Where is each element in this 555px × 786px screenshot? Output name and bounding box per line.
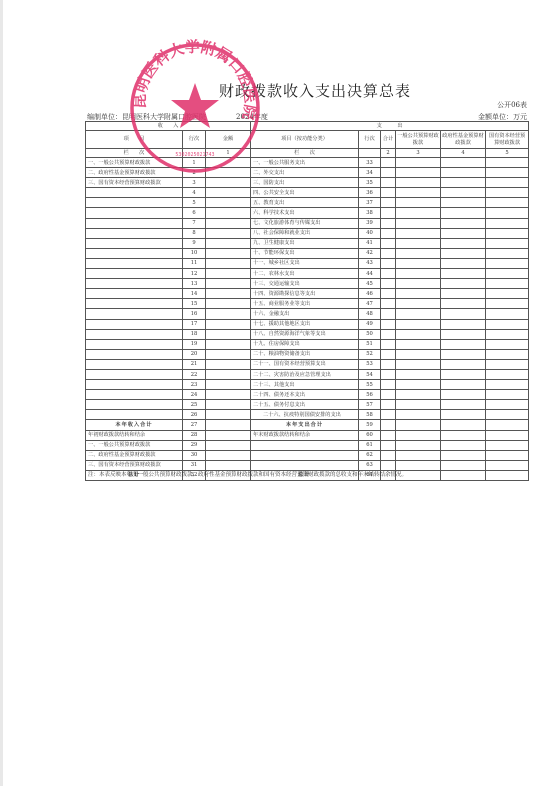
expense-item: 十、节能环保支出 (251, 248, 359, 258)
expense-item: 十六、金融支出 (251, 309, 359, 319)
table-row: 16十六、金融支出48 (86, 309, 529, 319)
table-row: 15十五、商业服务业等支出47 (86, 299, 529, 309)
expense-amount (396, 319, 441, 329)
expense-amount (396, 269, 441, 279)
expense-amount (396, 248, 441, 258)
expense-row-number: 48 (359, 309, 381, 319)
column-index-empty (359, 149, 381, 158)
expense-item: 二、外交支出 (251, 168, 359, 178)
income-amount (206, 299, 251, 309)
expense-amount (381, 390, 396, 400)
expense-row-number: 41 (359, 238, 381, 248)
table-row: 三、国有资本经营预算财政拨款3三、国防支出35 (86, 178, 529, 188)
expense-amount (396, 188, 441, 198)
income-row-number: 19 (183, 339, 206, 349)
expense-row-number: 45 (359, 279, 381, 289)
income-item (86, 248, 183, 258)
expense-amount (486, 440, 529, 450)
income-amount (206, 450, 251, 460)
income-item: 二、政府性基金预算财政拨款 (86, 168, 183, 178)
table-row: 17十七、援助其他地区支出49 (86, 319, 529, 329)
income-row-number: 4 (183, 188, 206, 198)
expense-amount (396, 228, 441, 238)
expense-summary-item (251, 440, 359, 450)
expense-row-number: 43 (359, 258, 381, 268)
page-edge (0, 0, 3, 786)
table-row: 14十四、资源勘探信息等支出46 (86, 289, 529, 299)
expense-amount (486, 359, 529, 369)
expense-amount (381, 289, 396, 299)
income-item (86, 309, 183, 319)
expense-amount (486, 410, 529, 420)
expense-amount (396, 309, 441, 319)
footnote: 注：本表反映本年度一般公共预算财政拨款、政府性基金预算财政拨款和国有资本经营预算… (88, 470, 407, 478)
table-row: 8八、社会保障和就业支出40 (86, 228, 529, 238)
expense-amount (486, 470, 529, 480)
expense-amount (381, 410, 396, 420)
expense-item: 十九、住房保障支出 (251, 339, 359, 349)
expense-amount (441, 460, 486, 470)
income-amount (206, 198, 251, 208)
col-total: 合计 (381, 131, 396, 149)
expense-amount (396, 279, 441, 289)
expense-header: 支 出 (251, 122, 529, 131)
expense-amount (441, 390, 486, 400)
expense-amount (396, 178, 441, 188)
expense-item: 十八、自然资源海洋气象等支出 (251, 329, 359, 339)
expense-amount (396, 410, 441, 420)
expense-amount (381, 339, 396, 349)
income-amount (206, 349, 251, 359)
expense-amount (441, 208, 486, 218)
expense-row-number: 58 (359, 410, 381, 420)
income-row-number: 5 (183, 198, 206, 208)
income-amount (206, 339, 251, 349)
column-index-1: 1 (206, 149, 251, 158)
income-row-number: 22 (183, 369, 206, 379)
income-amount (206, 369, 251, 379)
expense-row-number: 54 (359, 369, 381, 379)
expense-item: 六、科学技术支出 (251, 208, 359, 218)
table-row: 25二十五、债务付息支出57 (86, 400, 529, 410)
expense-amount (441, 309, 486, 319)
expense-summary-item: 本年支出合计 (251, 420, 359, 430)
income-amount (206, 420, 251, 430)
expense-amount (486, 218, 529, 228)
expense-amount (486, 430, 529, 440)
expense-summary-item (251, 460, 359, 470)
column-index-4: 4 (441, 149, 486, 158)
table-row: 18十八、自然资源海洋气象等支出50 (86, 329, 529, 339)
expense-amount (381, 279, 396, 289)
expense-row-number: 63 (359, 460, 381, 470)
expense-amount (396, 440, 441, 450)
table-row: 9九、卫生健康支出41 (86, 238, 529, 248)
expense-amount (441, 158, 486, 168)
income-row-number: 12 (183, 269, 206, 279)
expense-item: 五、教育支出 (251, 198, 359, 208)
expense-amount (486, 420, 529, 430)
column-index-empty (183, 149, 206, 158)
fiscal-table: 收 入 支 出 项 目 行次 金额 项目（按功能分类） 行次 合计 一般公共预算… (85, 121, 529, 481)
income-row-number: 18 (183, 329, 206, 339)
expense-item: 八、社会保障和就业支出 (251, 228, 359, 238)
income-row-number: 13 (183, 279, 206, 289)
income-row-number: 26 (183, 410, 206, 420)
expense-row-number: 50 (359, 329, 381, 339)
expense-amount (486, 309, 529, 319)
expense-amount (441, 218, 486, 228)
income-amount (206, 178, 251, 188)
table-row: 7七、文化旅游体育与传媒支出39 (86, 218, 529, 228)
expense-row-number: 38 (359, 208, 381, 218)
income-item (86, 218, 183, 228)
expense-item: 二十二、灾害防治及应急管理支出 (251, 369, 359, 379)
income-amount (206, 440, 251, 450)
income-amount (206, 390, 251, 400)
income-amount (206, 400, 251, 410)
table-row: 6六、科学技术支出38 (86, 208, 529, 218)
income-summary-item: 二、政府性基金预算财政拨款 (86, 450, 183, 460)
expense-amount (396, 238, 441, 248)
expense-amount (441, 238, 486, 248)
income-row-number: 1 (183, 158, 206, 168)
col-expense-row: 行次 (359, 131, 381, 149)
expense-amount (441, 299, 486, 309)
income-amount (206, 309, 251, 319)
expense-amount (441, 359, 486, 369)
expense-row-number: 37 (359, 198, 381, 208)
expense-row-number: 59 (359, 420, 381, 430)
table-row: 19十九、住房保障支出51 (86, 339, 529, 349)
expense-amount (396, 198, 441, 208)
expense-amount (486, 248, 529, 258)
expense-amount (441, 410, 486, 420)
expense-amount (441, 349, 486, 359)
expense-amount (486, 299, 529, 309)
expense-amount (441, 369, 486, 379)
income-amount (206, 238, 251, 248)
table-row: 一、一般公共预算财政拨款1一、一般公共服务支出33 (86, 158, 529, 168)
expense-amount (396, 359, 441, 369)
summary-row: 一、一般公共预算财政拨款2961 (86, 440, 529, 450)
expense-amount (381, 238, 396, 248)
col-income-item: 项 目 (86, 131, 183, 149)
expense-row-number: 60 (359, 430, 381, 440)
expense-row-number: 47 (359, 299, 381, 309)
expense-row-number: 49 (359, 319, 381, 329)
org-name: 昆明医科大学附属口腔医院 (122, 113, 206, 121)
summary-row: 二、政府性基金预算财政拨款3062 (86, 450, 529, 460)
expense-row-number: 42 (359, 248, 381, 258)
expense-amount (486, 198, 529, 208)
income-row-number: 16 (183, 309, 206, 319)
expense-amount (381, 309, 396, 319)
income-item (86, 208, 183, 218)
income-row-number: 28 (183, 430, 206, 440)
income-row-number: 30 (183, 450, 206, 460)
expense-amount (486, 369, 529, 379)
expense-amount (396, 420, 441, 430)
expense-amount (486, 258, 529, 268)
expense-amount (441, 188, 486, 198)
expense-row-number: 33 (359, 158, 381, 168)
expense-row-number: 40 (359, 228, 381, 238)
expense-amount (381, 319, 396, 329)
expense-amount (486, 450, 529, 460)
expense-row-number: 34 (359, 168, 381, 178)
income-row-number: 24 (183, 390, 206, 400)
expense-row-number: 57 (359, 400, 381, 410)
expense-item: 七、文化旅游体育与传媒支出 (251, 218, 359, 228)
income-amount (206, 410, 251, 420)
income-amount (206, 168, 251, 178)
income-item (86, 228, 183, 238)
table-row: 10十、节能环保支出42 (86, 248, 529, 258)
expense-item: 二十六、抗疫特别国债安排的支出 (251, 410, 359, 420)
summary-row: 三、国有资本经营预算财政拨款3163 (86, 460, 529, 470)
income-item: 三、国有资本经营预算财政拨款 (86, 178, 183, 188)
expense-row-number: 36 (359, 188, 381, 198)
expense-amount (396, 158, 441, 168)
table-row: 23二十三、其他支出55 (86, 380, 529, 390)
expense-amount (441, 450, 486, 460)
income-header: 收 入 (86, 122, 251, 131)
expense-amount (486, 390, 529, 400)
table-row: 二、政府性基金预算财政拨款2二、外交支出34 (86, 168, 529, 178)
income-item (86, 339, 183, 349)
income-row-number: 3 (183, 178, 206, 188)
income-item: 一、一般公共预算财政拨款 (86, 158, 183, 168)
col-income-amount: 金额 (206, 131, 251, 149)
expense-amount (441, 400, 486, 410)
income-row-number: 17 (183, 319, 206, 329)
expense-amount (381, 158, 396, 168)
expense-amount (441, 269, 486, 279)
table-row: 11十一、城乡社区支出43 (86, 258, 529, 268)
expense-item: 十七、援助其他地区支出 (251, 319, 359, 329)
expense-amount (381, 299, 396, 309)
income-summary-item: 三、国有资本经营预算财政拨款 (86, 460, 183, 470)
expense-row-number: 46 (359, 289, 381, 299)
expense-row-number: 61 (359, 440, 381, 450)
expense-amount (486, 208, 529, 218)
expense-amount (396, 168, 441, 178)
expense-amount (486, 238, 529, 248)
column-index-label-left: 栏 次 (86, 149, 183, 158)
expense-amount (381, 400, 396, 410)
expense-amount (486, 319, 529, 329)
table-row: 21二十一、国有资本经营预算支出53 (86, 359, 529, 369)
expense-amount (381, 228, 396, 238)
expense-row-number: 56 (359, 390, 381, 400)
expense-amount (441, 279, 486, 289)
income-row-number: 31 (183, 460, 206, 470)
expense-amount (441, 319, 486, 329)
expense-amount (441, 258, 486, 268)
expense-amount (396, 430, 441, 440)
expense-amount (381, 369, 396, 379)
income-row-number: 27 (183, 420, 206, 430)
table-row: 22二十二、灾害防治及应急管理支出54 (86, 369, 529, 379)
expense-amount (381, 380, 396, 390)
expense-item: 二十五、债务付息支出 (251, 400, 359, 410)
expense-item: 二十、粮油物资储备支出 (251, 349, 359, 359)
expense-amount (396, 390, 441, 400)
table-row: 26二十六、抗疫特别国债安排的支出58 (86, 410, 529, 420)
expense-amount (441, 420, 486, 430)
expense-amount (396, 380, 441, 390)
income-row-number: 7 (183, 218, 206, 228)
income-row-number: 11 (183, 258, 206, 268)
expense-amount (396, 218, 441, 228)
income-item (86, 188, 183, 198)
income-row-number: 9 (183, 238, 206, 248)
expense-amount (486, 228, 529, 238)
income-item (86, 198, 183, 208)
table-row: 13十三、交通运输支出45 (86, 279, 529, 289)
expense-amount (486, 460, 529, 470)
income-item (86, 319, 183, 329)
expense-row-number: 35 (359, 178, 381, 188)
income-amount (206, 208, 251, 218)
expense-amount (381, 248, 396, 258)
income-item (86, 299, 183, 309)
expense-amount (396, 339, 441, 349)
expense-item: 十五、商业服务业等支出 (251, 299, 359, 309)
income-amount (206, 188, 251, 198)
expense-summary-item (251, 450, 359, 460)
expense-amount (441, 289, 486, 299)
expense-amount (441, 440, 486, 450)
expense-amount (381, 450, 396, 460)
expense-row-number: 55 (359, 380, 381, 390)
income-item (86, 410, 183, 420)
income-amount (206, 248, 251, 258)
expense-amount (441, 430, 486, 440)
income-row-number: 10 (183, 248, 206, 258)
table-row: 4四、公共安全支出36 (86, 188, 529, 198)
expense-item: 十一、城乡社区支出 (251, 258, 359, 268)
income-amount (206, 329, 251, 339)
expense-row-number: 39 (359, 218, 381, 228)
expense-item: 二十一、国有资本经营预算支出 (251, 359, 359, 369)
column-index-3: 3 (396, 149, 441, 158)
income-item (86, 279, 183, 289)
income-amount (206, 158, 251, 168)
expense-amount (396, 369, 441, 379)
expense-amount (381, 329, 396, 339)
income-row-number: 20 (183, 349, 206, 359)
expense-amount (486, 279, 529, 289)
expense-row-number: 44 (359, 269, 381, 279)
col-general-budget: 一般公共预算财政拨款 (396, 131, 441, 149)
expense-item: 三、国防支出 (251, 178, 359, 188)
income-row-number: 15 (183, 299, 206, 309)
expense-amount (396, 289, 441, 299)
expense-item: 十四、资源勘探信息等支出 (251, 289, 359, 299)
income-row-number: 14 (183, 289, 206, 299)
expense-item: 九、卫生健康支出 (251, 238, 359, 248)
expense-amount (486, 188, 529, 198)
expense-amount (396, 450, 441, 460)
expense-amount (396, 258, 441, 268)
expense-summary-item: 年末财政拨款结转和结余 (251, 430, 359, 440)
expense-amount (396, 400, 441, 410)
expense-amount (381, 208, 396, 218)
income-amount (206, 269, 251, 279)
expense-amount (381, 269, 396, 279)
table-row: 24二十四、债务还本支出56 (86, 390, 529, 400)
income-item (86, 238, 183, 248)
income-summary-item: 年初财政拨款结转和结余 (86, 430, 183, 440)
income-item (86, 329, 183, 339)
income-row-number: 29 (183, 440, 206, 450)
income-row-number: 23 (183, 380, 206, 390)
income-amount (206, 279, 251, 289)
income-item (86, 369, 183, 379)
expense-amount (396, 299, 441, 309)
expense-amount (381, 258, 396, 268)
income-row-number: 21 (183, 359, 206, 369)
income-item (86, 269, 183, 279)
document-title: 财政拨款收入支出决算总表 (205, 80, 425, 101)
summary-row: 本年收入合计27本年支出合计59 (86, 420, 529, 430)
expense-amount (441, 329, 486, 339)
expense-amount (396, 349, 441, 359)
table-row: 20二十、粮油物资储备支出52 (86, 349, 529, 359)
income-row-number: 25 (183, 400, 206, 410)
form-code: 公开06表 (497, 100, 527, 110)
income-item (86, 400, 183, 410)
income-row-number: 6 (183, 208, 206, 218)
col-gov-fund: 政府性基金预算财政拨款 (441, 131, 486, 149)
expense-row-number: 52 (359, 349, 381, 359)
expense-amount (381, 430, 396, 440)
expense-amount (486, 339, 529, 349)
expense-item: 十二、农林水支出 (251, 269, 359, 279)
income-item (86, 349, 183, 359)
income-amount (206, 218, 251, 228)
expense-amount (441, 470, 486, 480)
expense-row-number: 53 (359, 359, 381, 369)
income-amount (206, 430, 251, 440)
expense-amount (486, 380, 529, 390)
col-state-capital: 国有资本经营预算财政拨款 (486, 131, 529, 149)
expense-amount (486, 178, 529, 188)
expense-amount (441, 380, 486, 390)
expense-item: 二十四、债务还本支出 (251, 390, 359, 400)
expense-amount (441, 228, 486, 238)
expense-item: 四、公共安全支出 (251, 188, 359, 198)
income-summary-item: 本年收入合计 (86, 420, 183, 430)
income-summary-item: 一、一般公共预算财政拨款 (86, 440, 183, 450)
expense-amount (441, 248, 486, 258)
income-item (86, 359, 183, 369)
column-index-2: 2 (381, 149, 396, 158)
income-amount (206, 359, 251, 369)
expense-amount (381, 168, 396, 178)
expense-row-number: 62 (359, 450, 381, 460)
expense-amount (381, 359, 396, 369)
expense-amount (381, 178, 396, 188)
column-index-5: 5 (486, 149, 529, 158)
expense-amount (441, 339, 486, 349)
income-row-number: 8 (183, 228, 206, 238)
expense-amount (381, 440, 396, 450)
income-row-number: 2 (183, 168, 206, 178)
expense-amount (381, 420, 396, 430)
